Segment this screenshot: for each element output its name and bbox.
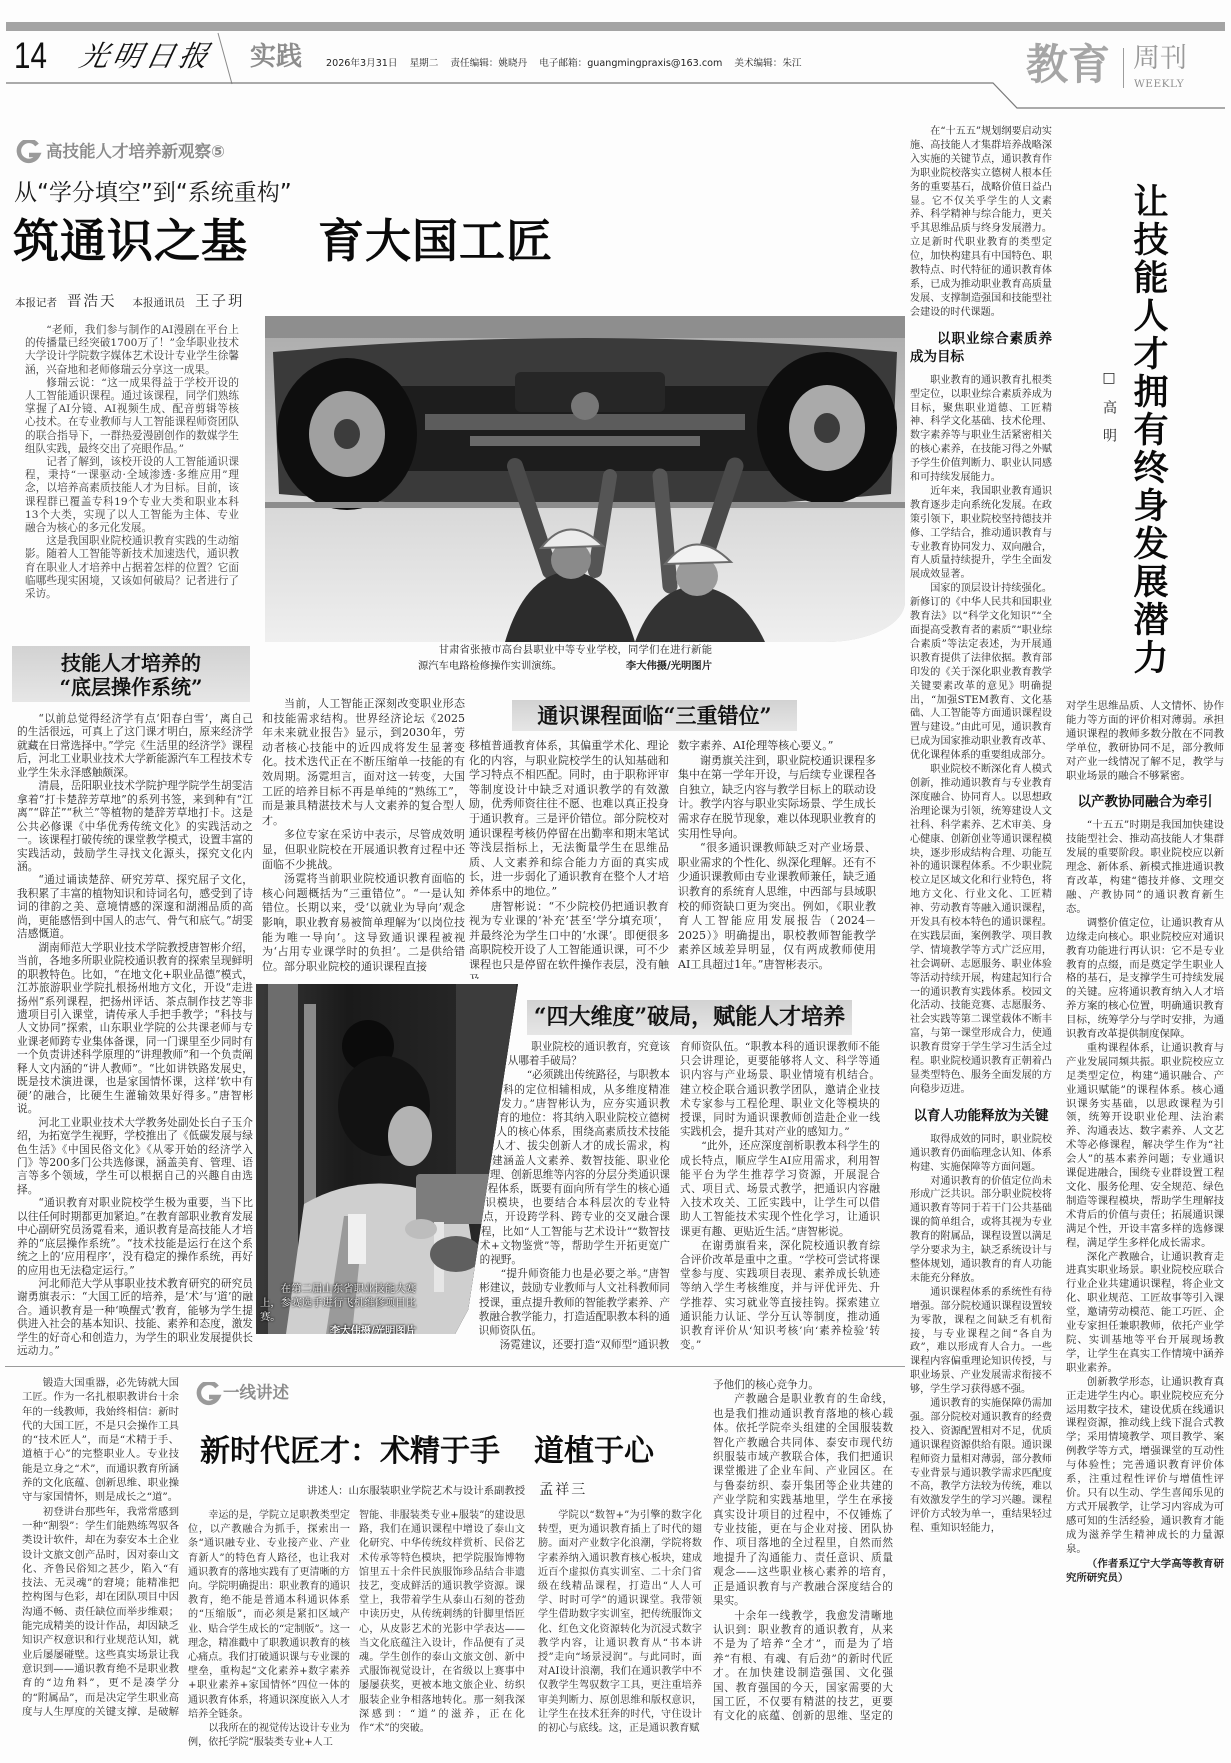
paragraph: 学院以“数智+”为引擎的数字化转型，更为通识教育插上了时代的翅膀。面对产业数字化… (538, 1509, 702, 1736)
paragraph: “老师，我们参与制作的AI漫剧在平台上的传播量已经突破1700万了！”金华职业技… (25, 324, 239, 377)
paragraph: 幸运的是，学院立足职教类型定位，以产教融合为抓手，探索出一条“通识融专业、专业接… (188, 1509, 350, 1722)
paragraph: 取得成效的同时，职业院校通识教育仍面临理念认知、体系构建、实施保障等方面问题。 (910, 1133, 1052, 1175)
photo-ev-circuit-training-caption: 甘肃省张掖市高台县职业中等专业学校，同学们在进行新能源汽车电路检修操作实训演练。… (418, 643, 712, 674)
paragraph: 调整价值定位，让通识教育从边缘走向核心。职业院校应对通识教育功能进行再认识：它不… (1066, 917, 1224, 1042)
author-note: （作者系辽宁大学高等教育研究所研究员） (1066, 1558, 1224, 1586)
paragraph: 国家的顶层设计持续强化。新修订的《中华人民共和国职业教育法》以“科学文化知识”“… (910, 582, 1052, 763)
paragraph-continued: 数字素养、AI伦理等核心要义。” (678, 739, 876, 754)
paragraph: 在“十五五”规划纲要启动实施、高技能人才集群培养战略深入实施的关键节点，通识教育… (910, 125, 1052, 320)
section-heading-four-dimensions: “四大维度”破局，赋能人才培养 (527, 1000, 852, 1035)
narrator-name: 孟祥三 (539, 1482, 587, 1498)
paragraph: 产教融合是职业教育的生命线，也是我们推动通识教育落地的核心载体。依托学院牵头组建… (713, 1392, 893, 1608)
paragraph: 当前，人工智能正深刻改变职业形态和技能需求结构。世界经济论坛《2025年未来就业… (262, 697, 465, 828)
frontline-column-3: 智能、非服装类专业+服装”的建设思路，我们在通识课程中增设了泰山文化研究、中华传… (359, 1509, 525, 1759)
paragraph: 对通识教育的价值定位尚未形成广泛共识。部分职业院校将通识教育等同于若干门公共基础… (910, 1175, 1052, 1286)
correspondent-label: 本报通讯员 (133, 297, 186, 309)
reporter-label: 本报记者 (15, 297, 57, 309)
correspondent-name: 王子玥 (195, 294, 245, 310)
byline: 本报记者晋浩天本报通讯员王子玥 (15, 290, 261, 311)
paragraph: “此外，还应深度剖析职教本科学生的成长特点，顺应学生AI应用需求，利用智能平台为… (680, 1139, 880, 1238)
section-heading-three-mismatches: 通识课程面临“三重错位” (512, 700, 797, 731)
reporter-name: 晋浩天 (67, 294, 117, 310)
photo-ev-circuit-training (265, 316, 905, 642)
frontline-title-part1: 新时代匠才：术精于手 (200, 1434, 500, 1469)
frontline-column-4: 学院以“数智+”为引擎的数字化转型，更为通识教育插上了时代的翅膀。面对产业数字化… (538, 1509, 702, 1759)
paragraph: 在谢勇旗看来，深化院校通识教育综合评价改革是重中之重。“学校可尝试将课堂参与度、… (680, 1239, 880, 1353)
paragraph: “十五五”时期是我国加快建设技能型社会、推动高技能人才集群发展的重要阶段。职业院… (1066, 819, 1224, 916)
frontline-title-part2: 道植于心 (534, 1434, 654, 1469)
frontline-column-5: 予他们的核心竞争力。 产教融合是职业教育的生命线，也是我们推动通识教育落地的核心… (713, 1378, 893, 1723)
paragraph: 职业院校不断深化育人模式创新，推动通识教育与专业教育深度融合、协同育人。以思想政… (910, 763, 1052, 1097)
frontline-column-1: 锻造大国重器，必先铸就大国工匠。作为一名扎根职教讲台十余年的一线教师，我始终相信… (22, 1376, 179, 1716)
photo-credit: 李大伟摄/光明图片 (260, 1324, 416, 1334)
article-lead: “老师，我们参与制作的AI漫剧在平台上的传播量已经突破1700万了！”金华职业技… (25, 324, 239, 608)
paragraph: “提升师资能力也是必要之举。”唐智彬建议，鼓励专业教师与人文社科教师同授课，重点… (470, 1267, 670, 1338)
paragraph: 唐智彬说：“不少院校仍把通识教育视为专业课的‘补充’甚至‘学分填充项’，并最终沦… (469, 900, 669, 979)
article-left-column: “以前总觉得经济学有点‘阳春白雪’，离自己的生活很远，可真上了这门课才明白，原来… (17, 712, 253, 1364)
paragraph: 记者了解到，该校开设的人工智能通识课程，秉持“一课驱动·全域渗透·多维应用”理念… (25, 456, 239, 535)
paragraph: 多位专家在采访中表示，尽管成效明显，但职业院校在开展通识教育过程中还面临不少挑战… (262, 828, 465, 872)
paragraph: 重构课程体系，让通识教育与产业发展同频共振。职业院校应立足类型定位，构建“通识融… (1066, 1042, 1224, 1251)
paragraph: “很多通识课教师缺乏对产业场景、职业需求的个性化、纵深化理解。还有不少通识课教师… (678, 841, 876, 972)
paragraph: 深化产教融合，让通识教育走进真实职业场景。职业院校应联合行业企业共建通识课程，将… (1066, 1251, 1224, 1376)
section-heading-operating-system: 技能人才培养的 “底层操作系统” (12, 646, 250, 702)
paragraph: 通识课程体系的系统性有待增强。部分院校通识课程设置较为零散，课程之间缺乏有机衔接… (910, 1286, 1052, 1397)
paragraph-continued: 智能、非服装类专业+服装”的建设思路，我们在通识课程中增设了泰山文化研究、中华传… (359, 1509, 525, 1736)
supplement-type-en: WEEKLY (1134, 78, 1184, 90)
paragraph: 清晨，岳阳职业技术学院护理学院学生胡雯洁拿着“打卡楚辞芳草地”的系列书签，来到种… (17, 779, 253, 873)
commentary-author: □高明 (1100, 370, 1118, 456)
paragraph: 通识教育的实施保障仍需加强。部分院校对通识教育的经费投入、资源配置相对不足，优质… (910, 1397, 1052, 1536)
article-middle-column-1: 当前，人工智能正深刻改变职业形态和技能需求结构。世界经济论坛《2025年未来就业… (262, 697, 465, 977)
supplement-type: 周刊 (1133, 44, 1187, 74)
photo-aircraft-maintenance-caption: 在第二届山东省职业技能大赛上，参赛选手进行飞机维修项目比赛。 李大伟摄/光明图片 (256, 1282, 416, 1334)
commentary-heading: 以职业综合素质养成为目标 (910, 330, 1052, 366)
article-dimension-column-b: 育师资队伍。“职教本科的通识课教师不能只会讲理论，更要能够将人文、科学等通识内容… (680, 1040, 880, 1364)
frontline-column-label: 一线讲述 (223, 1382, 289, 1404)
frontline-column-2: 幸运的是，学院立足职教类型定位，以产教融合为抓手，探索出一条“通识融专业、专业接… (188, 1509, 350, 1759)
paragraph: 职业教育的通识教育扎根类型定位，以职业综合素质养成为目标，聚焦职业道德、工匠精神… (910, 374, 1052, 485)
section-heading-line: 技能人才培养的 (12, 651, 250, 675)
paragraph: 河北师范大学从事职业技术教育研究的研究员谢勇旗表示：“大国工匠的培养，是‘术’与… (17, 1277, 253, 1358)
article-dimension-column-a: 职业院校的通识教育，究竟该从哪着手破局？ “必须跳出传统路径，与职教本科的定位相… (470, 1040, 670, 1364)
paragraph: 近年来，我国职业教育通识教育逐步走向系统化发展。在政策引领下，职业院校坚持德技并… (910, 485, 1052, 582)
guangming-g-icon (15, 140, 43, 164)
paragraph: 十余年一线教学，我愈发清晰地认识到：职业教育的通识教育，从来不是为了培养“全才”… (713, 1609, 893, 1724)
frontline-title: 新时代匠才：术精于手道植于心 (200, 1432, 654, 1472)
supplement-divider (1123, 48, 1124, 88)
section-heading-line: “底层操作系统” (12, 675, 250, 699)
section-divider (5, 1366, 905, 1367)
author-name: 高明 (1101, 400, 1117, 456)
paragraph: 以我所在的视觉传达设计专业为例，依托学院“服装类专业+人工 (188, 1722, 350, 1750)
paragraph: 创新教学形态，让通识教育真正走进学生内心。职业院校应充分运用数字技术，建设优质在… (1066, 1376, 1224, 1557)
paragraph: “通识教育对职业院校学生极为重要，当下比以往任何时期都更加紧迫。”在教育部职业教… (17, 1196, 253, 1277)
paragraph: 河北工业职业技术大学教务处副处长白子玉介绍，为拓宽学生视野，学校推出了《低碳发展… (17, 1116, 253, 1197)
commentary-column-a: 在“十五五”规划纲要启动实施、高技能人才集群培养战略深入实施的关键节点，通识教育… (910, 125, 1052, 1761)
paragraph: 修瑞云说：“这一成果得益于学校开设的人工智能通识课程。通过该课程，同学们熟练掌握… (25, 377, 239, 456)
photo-ev-circuit-training-image (265, 316, 905, 642)
photo-caption-text: 在第二届山东省职业技能大赛上，参赛选手进行飞机维修项目比赛。 (260, 1282, 416, 1324)
commentary-column-b: 对学生思维品质、人文情怀、协作能力等方面的评价相对薄弱。承担通识课程的教师多数分… (1066, 700, 1224, 1760)
paragraph-continued: 对学生思维品质、人文情怀、协作能力等方面的评价相对薄弱。承担通识课程的教师多数分… (1066, 700, 1224, 783)
article-subtitle: 从“学分填空”到“系统重构” (14, 178, 292, 208)
article-title: 筑通识之基育大国工匠 (13, 214, 553, 268)
paragraph: “通过诵读楚辞、研究芳草、探究屈子文化，我积累了丰富的植物知识和诗词名句，感受到… (17, 873, 253, 940)
paragraph-continued: 予他们的核心竞争力。 (713, 1378, 893, 1392)
paragraph: 汤霓建议，还要打造“双师型”通识教 (470, 1338, 670, 1352)
paragraph: 锻造大国重器，必先铸就大国工匠。作为一名扎根职教讲台十余年的一线教师，我始终相信… (22, 1376, 179, 1505)
paragraph: 初登讲台那些年，我常常感到一种“割裂”：学生们能熟练驾驭各类设计软件，却在为泰安… (22, 1505, 179, 1716)
narrator-label: 讲述人：山东服装职业学院艺术与设计系副教授 (307, 1485, 525, 1497)
article-title-part2: 育大国工匠 (318, 214, 553, 268)
series-label: 高技能人才培养新观察⑤ (46, 141, 225, 163)
article-middle-column-3: 数字素养、AI伦理等核心要义。” 谢勇旗关注到，职业院校通识课程多集中在第一学年… (678, 739, 876, 979)
article-title-part1: 筑通识之基 (13, 214, 248, 268)
guangming-g-icon (195, 1382, 223, 1406)
paragraph-continued: 育师资队伍。“职教本科的通识课教师不能只会讲理论，更要能够将人文、科学等通识内容… (680, 1040, 880, 1139)
paragraph: 湖南师范大学职业技术学院教授唐智彬介绍，当前，各地多所职业院校通识教育的探索呈现… (17, 941, 253, 1116)
author-box-mark: □ (1101, 370, 1117, 400)
supplement-name: 教育 (1026, 40, 1110, 90)
commentary-title: 让技能人才拥有终身发展潜力 (1126, 183, 1170, 677)
paragraph: 谢勇旗关注到，职业院校通识课程多集中在第一学年开设，与后续专业课程各自独立，缺乏… (678, 754, 876, 842)
paragraph: 汤霓将当前职业院校通识教育面临的核心问题概括为“三重错位”。“一是认知错位。长期… (262, 872, 465, 974)
commentary-heading: 以育人功能释放为关键 (910, 1107, 1052, 1125)
paragraph: “以前总觉得经济学有点‘阳春白雪’，离自己的生活很远，可真上了这门课才明白，原来… (17, 712, 253, 779)
newspaper-page: 14 光明日报 实践 2026年3月31日 星期二 责任编辑：姚晓丹 电子邮箱：… (0, 0, 1231, 1763)
commentary-heading: 以产教协同融合为牵引 (1066, 793, 1224, 811)
paragraph-continued: 移植普通教育体系，其偏重学术化、理论化的内容，与职业院校学生的认知基础和学习特点… (469, 739, 669, 900)
article-middle-column-2: 移植普通教育体系，其偏重学术化、理论化的内容，与职业院校学生的认知基础和学习特点… (469, 739, 669, 979)
frontline-narrator: 讲述人：山东服装职业学院艺术与设计系副教授孟祥三 (307, 1479, 587, 1499)
paragraph: 这是我国职业院校通识教育实践的生动缩影。随着人工智能等新技术加速迭代，通识教育在… (25, 535, 239, 601)
